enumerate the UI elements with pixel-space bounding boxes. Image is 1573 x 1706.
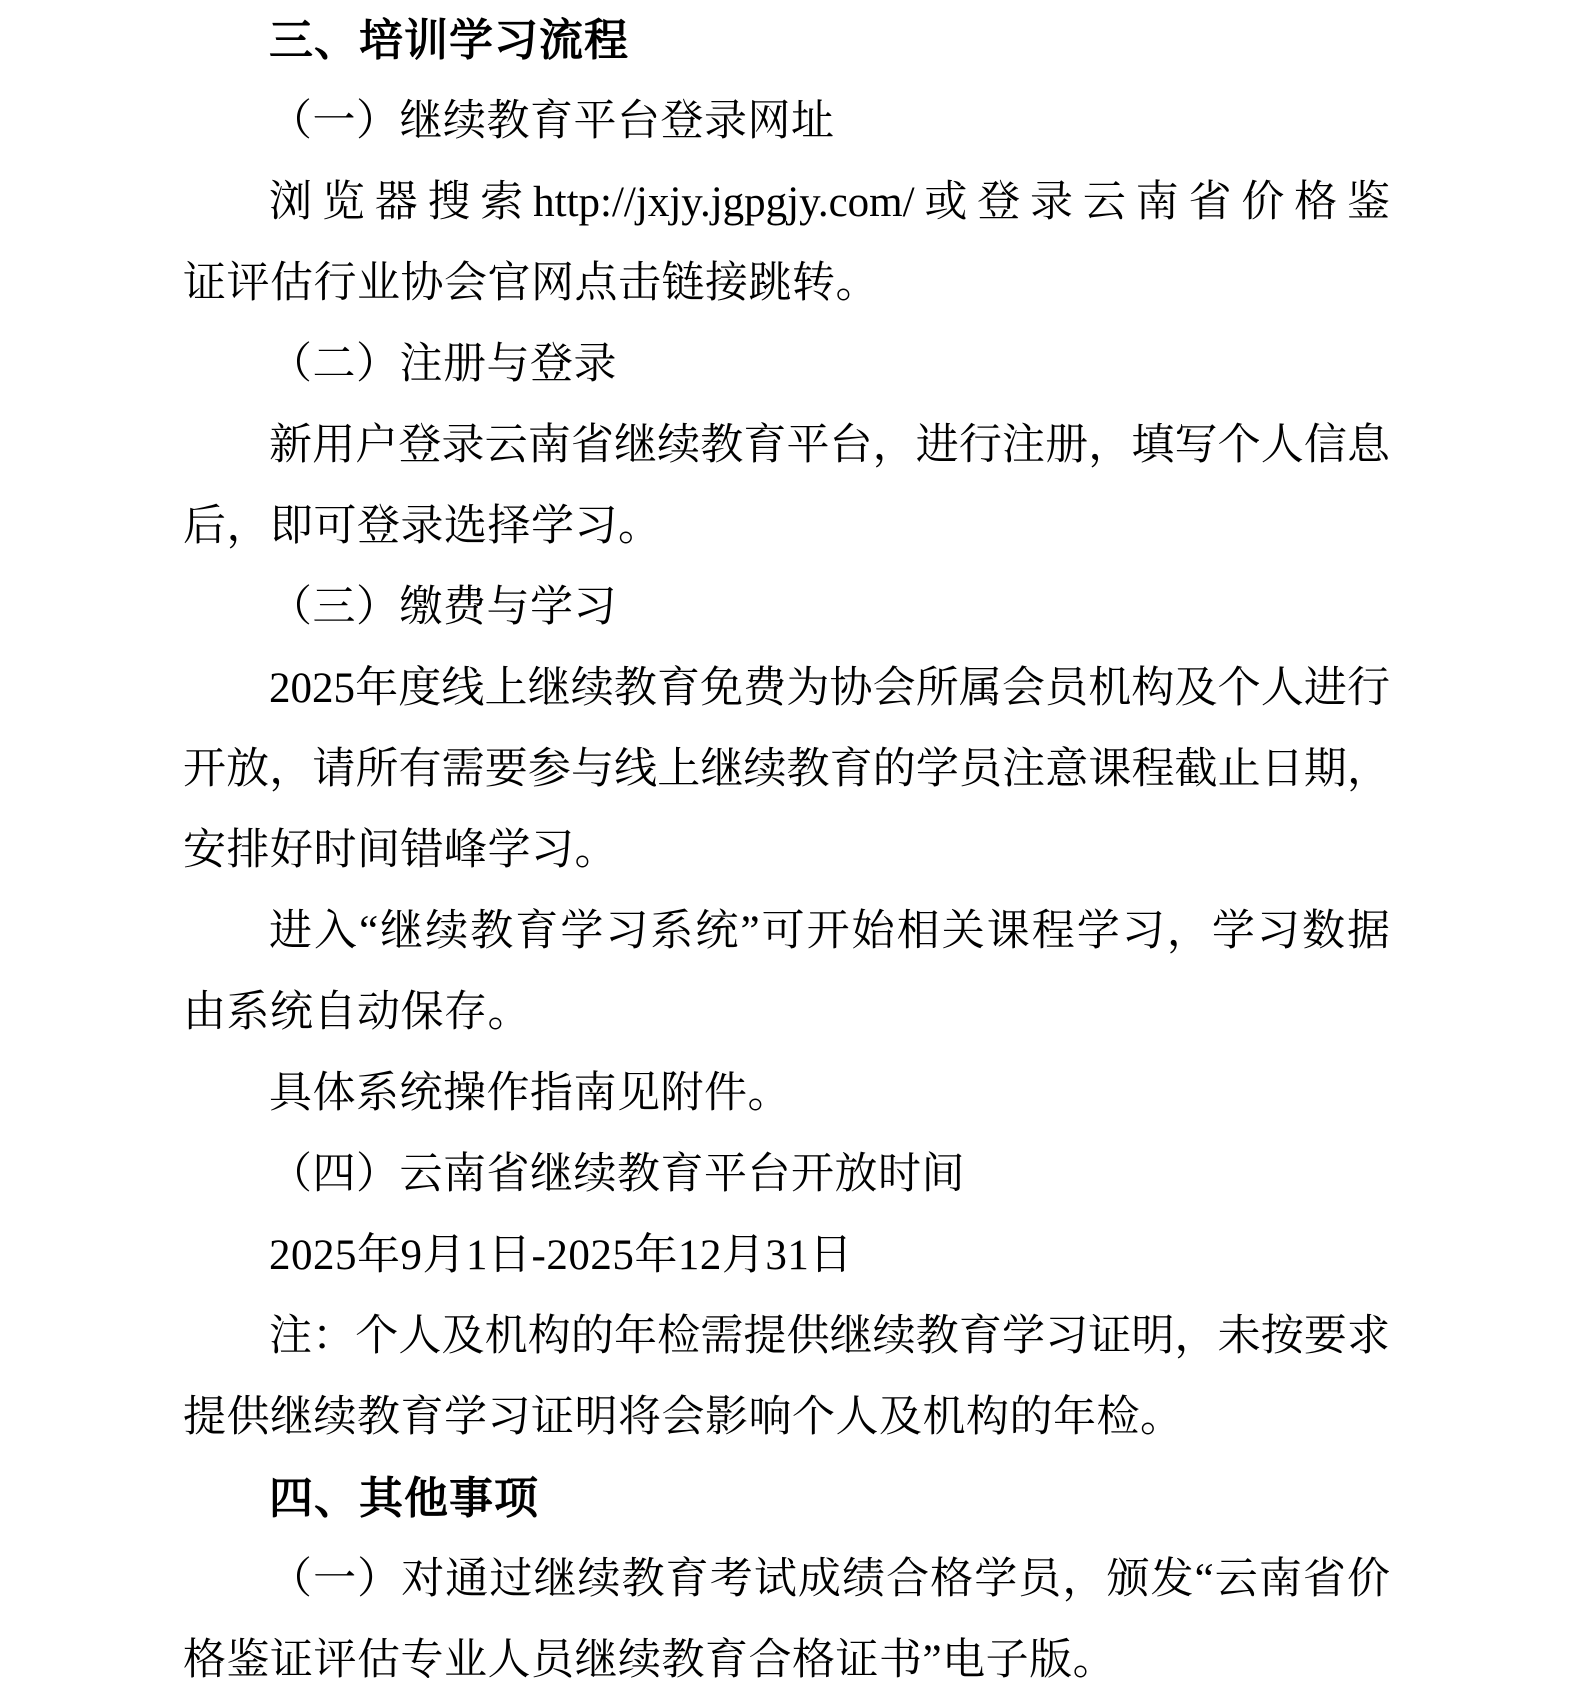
paragraph-annual-check-note-cont: 提供继续教育学习证明将会影响个人及机构的年检。	[183, 1377, 1390, 1458]
paragraph-open-period-dates: 2025年9月1日-2025年12月31日	[183, 1215, 1390, 1296]
paragraph-free-open-2025-cont1: 开放，请所有需要参与线上继续教育的学员注意课程截止日期，	[183, 729, 1390, 810]
document-page: 三、培训学习流程 （一）继续教育平台登录网址 浏览器搜索http://jxjy.…	[0, 0, 1573, 1706]
subheading-platform-login-url: （一）继续教育平台登录网址	[183, 81, 1390, 162]
paragraph-operation-guide: 具体系统操作指南见附件。	[183, 1053, 1390, 1134]
section-heading-training-process: 三、培训学习流程	[183, 0, 1390, 81]
subheading-platform-open-time: （四）云南省继续教育平台开放时间	[183, 1134, 1390, 1215]
paragraph-free-open-2025: 2025年度线上继续教育免费为协会所属会员机构及个人进行	[183, 648, 1390, 729]
paragraph-new-user-register: 新用户登录云南省继续教育平台，进行注册，填写个人信息	[183, 405, 1390, 486]
paragraph-enter-learning-system-cont: 由系统自动保存。	[183, 972, 1390, 1053]
paragraph-enter-learning-system: 进入“继续教育学习系统”可开始相关课程学习，学习数据	[183, 891, 1390, 972]
paragraph-new-user-register-cont: 后，即可登录选择学习。	[183, 486, 1390, 567]
section-heading-other-matters: 四、其他事项	[183, 1458, 1390, 1539]
paragraph-browser-search-url-cont: 证评估行业协会官网点击链接跳转。	[183, 243, 1390, 324]
paragraph-certificate-issue: （一）对通过继续教育考试成绩合格学员，颁发“云南省价	[183, 1539, 1390, 1620]
subheading-register-login: （二）注册与登录	[183, 324, 1390, 405]
paragraph-certificate-issue-cont: 格鉴证评估专业人员继续教育合格证书”电子版。	[183, 1620, 1390, 1701]
paragraph-browser-search-url: 浏览器搜索http://jxjy.jgpgjy.com/或登录云南省价格鉴	[183, 162, 1390, 243]
paragraph-free-open-2025-cont2: 安排好时间错峰学习。	[183, 810, 1390, 891]
paragraph-annual-check-note: 注：个人及机构的年检需提供继续教育学习证明，未按要求	[183, 1296, 1390, 1377]
subheading-payment-learning: （三）缴费与学习	[183, 567, 1390, 648]
